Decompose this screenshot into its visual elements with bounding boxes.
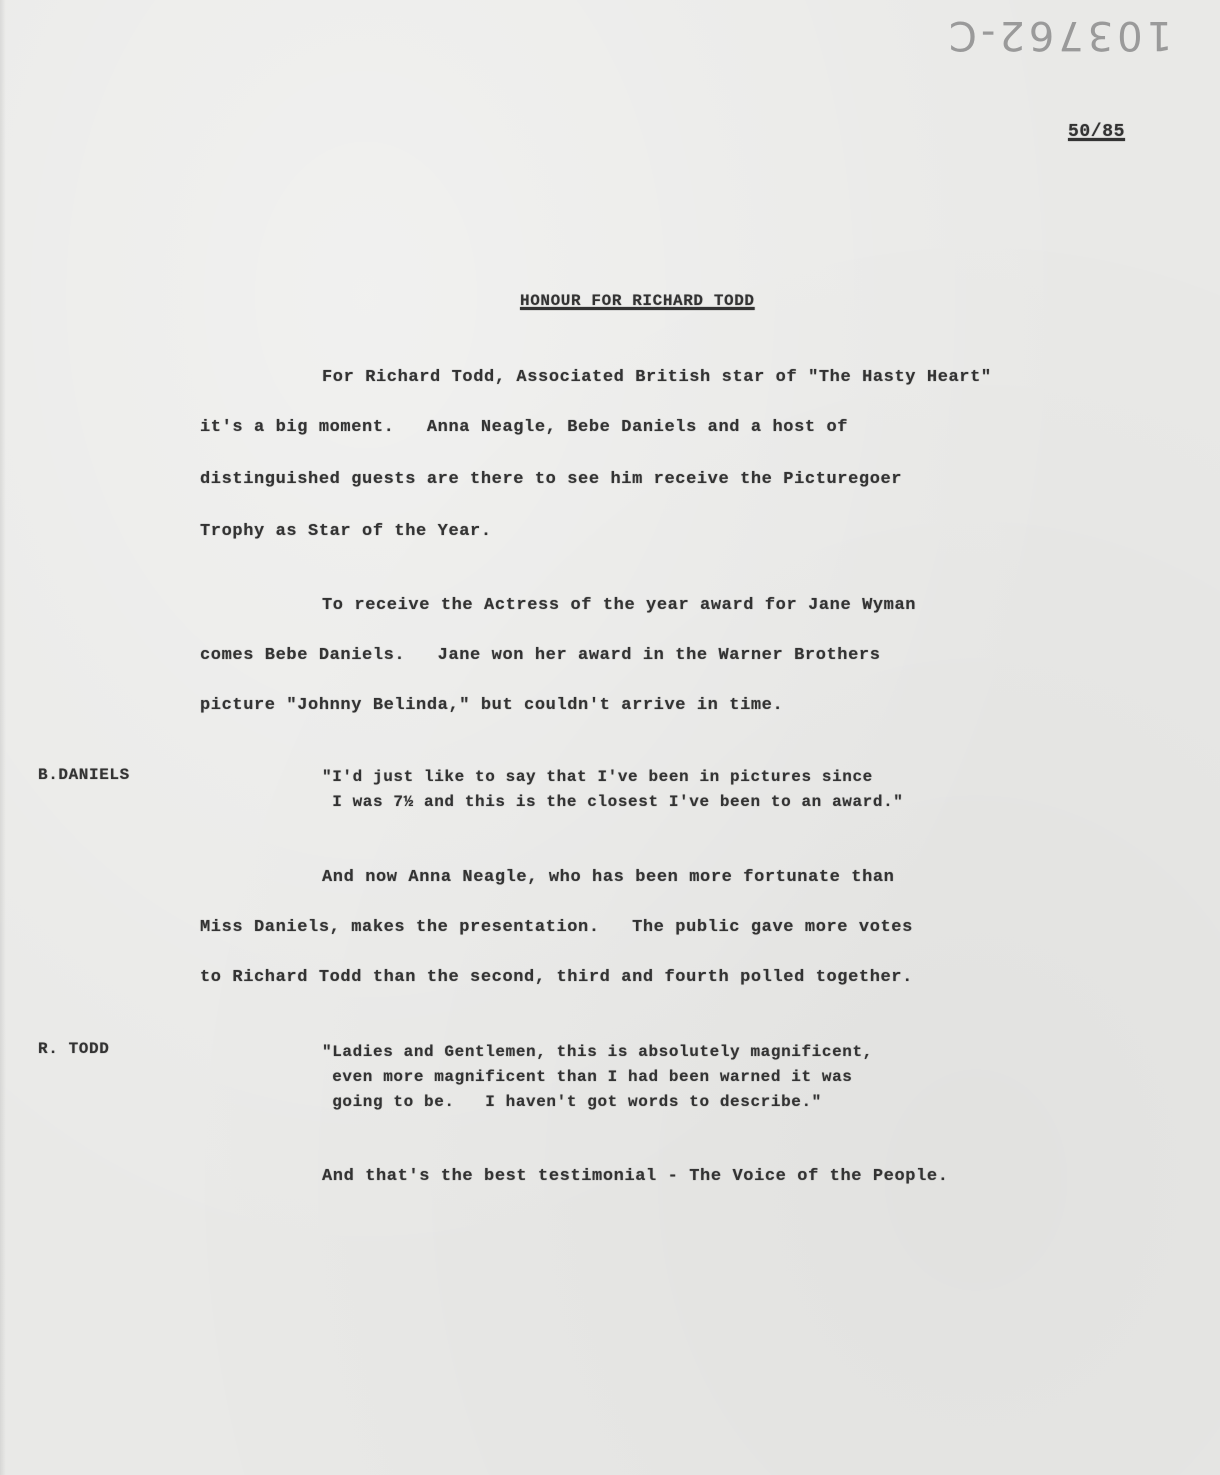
paper-edge-shadow xyxy=(0,0,6,1475)
page-number: 50/85 xyxy=(1068,122,1125,142)
paragraph-1-line-4: Trophy as Star of the Year. xyxy=(200,522,492,541)
todd-quote-line-2: even more magnificent than I had been wa… xyxy=(322,1068,852,1086)
paragraph-2-line-3: picture "Johnny Belinda," but couldn't a… xyxy=(200,696,783,715)
paragraph-2-line-2: comes Bebe Daniels. Jane won her award i… xyxy=(200,646,881,665)
handwritten-reference-number: 103762-C xyxy=(945,12,1172,58)
paragraph-4-line-2: Miss Daniels, makes the presentation. Th… xyxy=(200,918,913,937)
todd-quote-line-1: "Ladies and Gentlemen, this is absolutel… xyxy=(322,1043,873,1061)
paragraph-2-line-1: To receive the Actress of the year award… xyxy=(322,596,916,615)
daniels-quote-line-1: "I'd just like to say that I've been in … xyxy=(322,768,873,786)
paragraph-1-line-2: it's a big moment. Anna Neagle, Bebe Dan… xyxy=(200,418,848,437)
page-title: HONOUR FOR RICHARD TODD xyxy=(520,292,755,310)
closing-line: And that's the best testimonial - The Vo… xyxy=(322,1167,949,1186)
paragraph-1-line-3: distinguished guests are there to see hi… xyxy=(200,470,902,489)
speaker-label-r-todd: R. TODD xyxy=(38,1040,109,1058)
paragraph-4-line-3: to Richard Todd than the second, third a… xyxy=(200,968,913,987)
daniels-quote-line-2: I was 7½ and this is the closest I've be… xyxy=(322,793,904,811)
paragraph-4-line-1: And now Anna Neagle, who has been more f… xyxy=(322,868,895,887)
speaker-label-b-daniels: B.DANIELS xyxy=(38,766,130,784)
paragraph-1-line-1: For Richard Todd, Associated British sta… xyxy=(322,368,992,387)
todd-quote-line-3: going to be. I haven't got words to desc… xyxy=(322,1093,822,1111)
